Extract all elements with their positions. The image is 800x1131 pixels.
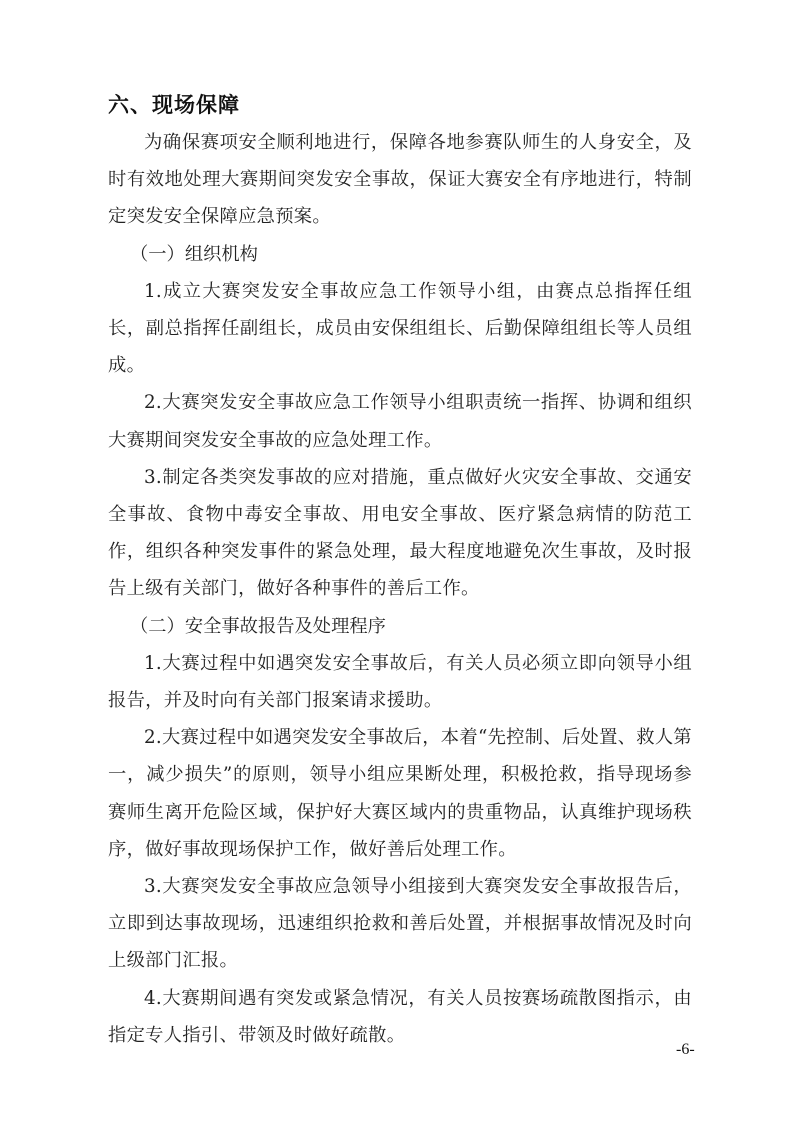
organization-item-1: 1.成立大赛突发安全事故应急工作领导小组，由赛点总指挥任组长，副总指挥任副组长，…	[108, 273, 692, 385]
procedure-item-3: 3.大赛突发安全事故应急领导小组接到大赛突发安全事故报告后，立即到达事故现场，迅…	[108, 868, 692, 980]
organization-item-2: 2.大赛突发安全事故应急工作领导小组职责统一指挥、协调和组织大赛期间突发安全事故…	[108, 384, 692, 458]
organization-item-3: 3.制定各类突发事故的应对措施，重点做好火灾安全事故、交通安全事故、食物中毒安全…	[108, 459, 692, 608]
page-number: -6-	[676, 1041, 695, 1059]
document-page: 六、现场保障 为确保赛项安全顺利地进行，保障各地参赛队师生的人身安全，及时有效地…	[0, 0, 800, 1131]
section-heading: 六、现场保障	[108, 86, 692, 124]
page-content: 六、现场保障 为确保赛项安全顺利地进行，保障各地参赛队师生的人身安全，及时有效地…	[108, 86, 692, 1054]
procedure-item-4: 4.大赛期间遇有突发或紧急情况，有关人员按赛场疏散图指示，由指定专人指引、带领及…	[108, 980, 692, 1054]
subsection-title-organization: （一）组织机构	[108, 236, 692, 273]
subsection-title-procedure: （二）安全事故报告及处理程序	[108, 608, 692, 645]
procedure-item-2: 2.大赛过程中如遇突发安全事故后，本着“先控制、后处置、救人第一，减少损失”的原…	[108, 719, 692, 868]
intro-paragraph: 为确保赛项安全顺利地进行，保障各地参赛队师生的人身安全，及时有效地处理大赛期间突…	[108, 124, 692, 236]
procedure-item-1: 1.大赛过程中如遇突发安全事故后，有关人员必须立即向领导小组报告，并及时向有关部…	[108, 645, 692, 719]
